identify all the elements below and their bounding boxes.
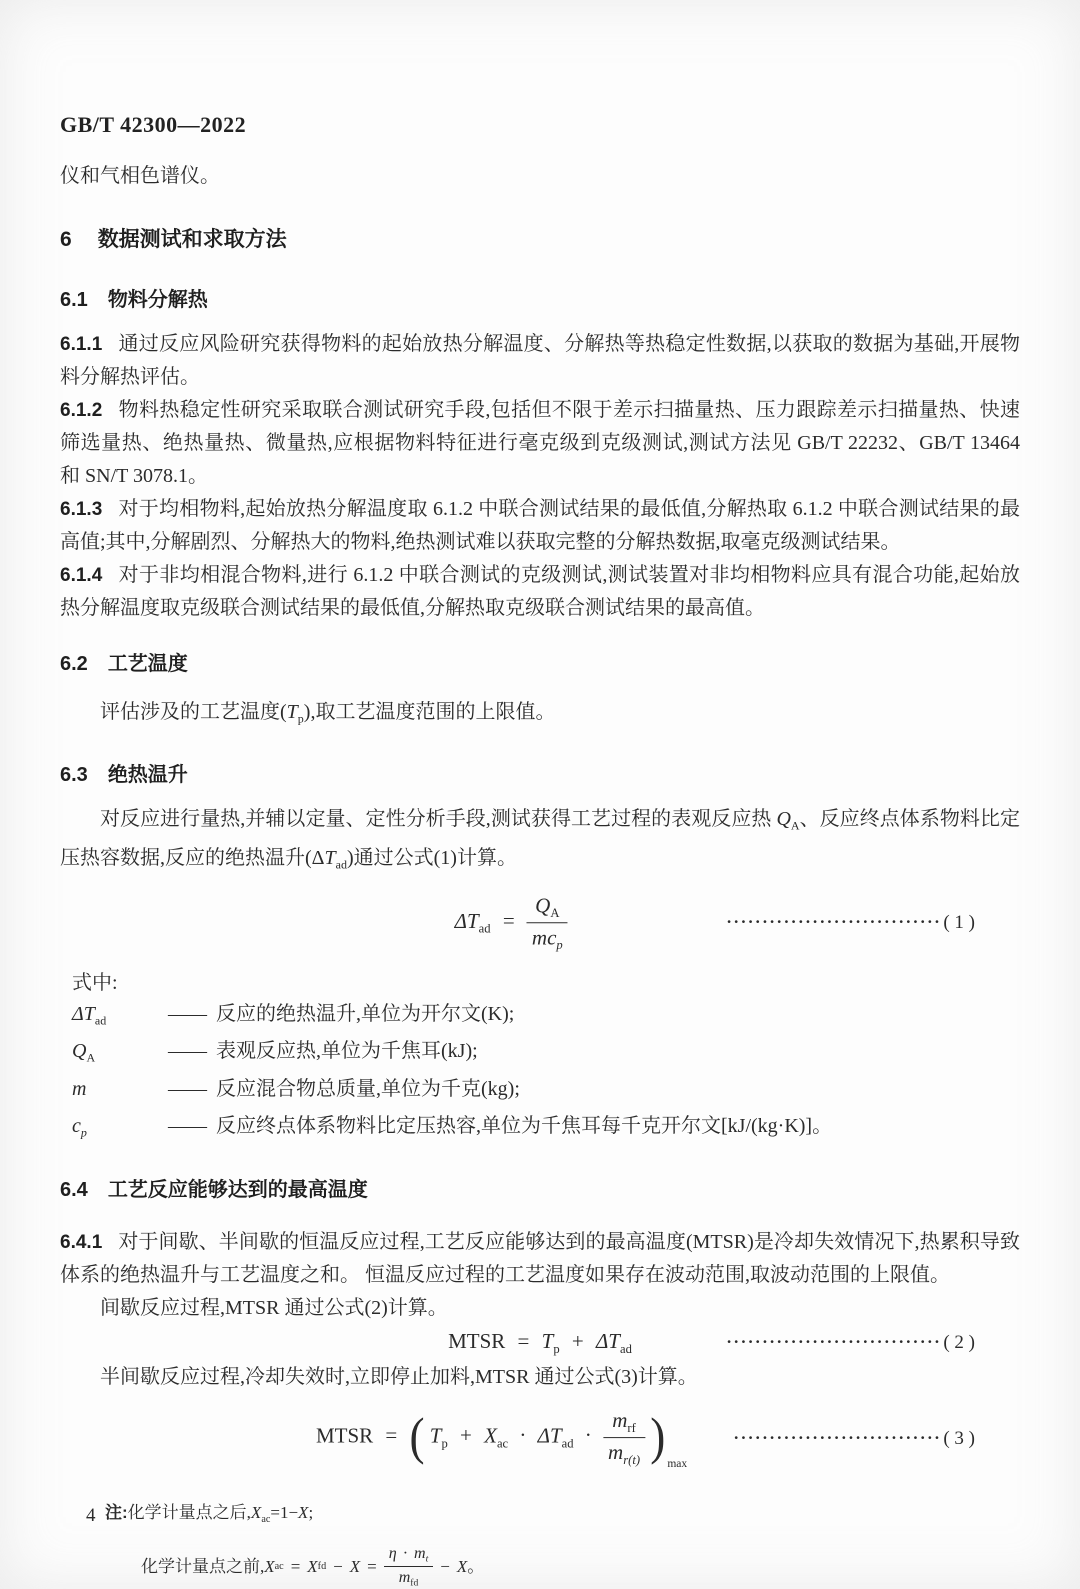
section-title: 物料分解热 [108,289,208,311]
section-6-4-heading: 6.4工艺反应能够达到的最高温度 [60,1173,1020,1202]
clause-6-1-3: 6.1.3对于均相物料,起始放热分解温度取 6.1.2 中联合测试结果的最低值,… [60,493,1020,559]
clause-6-1-4: 6.1.4对于非均相混合物料,进行 6.1.2 中联合测试的克级测试,测试装置对… [60,559,1020,625]
math-symbol: ΔT [596,1329,620,1353]
math-symbol: m [608,1440,623,1464]
math-symbol: X [251,1503,261,1522]
math-subscript: ad [562,1436,574,1450]
text-segment: 化学计量点之后, [128,1503,251,1522]
section-title: 工艺反应能够达到的最高温度 [108,1179,368,1201]
math-subscript: r(t) [623,1453,640,1467]
section-title: 工艺温度 [108,653,188,675]
definition-row: ΔTad——反应的绝热温升,单位为开尔文(K); [72,999,1020,1037]
close-paren: ) [650,1410,665,1462]
math-subscript: ad [479,921,491,935]
open-paren: ( [410,1410,425,1462]
math-subscript: ad [620,1342,632,1356]
section-6-1-heading: 6.1物料分解热 [60,283,1020,312]
definition-text: 反应终点体系物料比定压热容,单位为千焦耳每千克开尔文[kJ/(kg·K)]。 [216,1111,1020,1149]
equation-number: ( 2 ) [943,1332,975,1353]
fraction-denominator: mr(t) [603,1437,645,1467]
math-subscript: rf [627,1421,635,1435]
clause-number: 6.1.3 [60,499,102,520]
math-subscript: ac [275,1554,284,1580]
definition-text: 反应的绝热温升,单位为开尔文(K); [216,999,1020,1037]
equals-sign: = [367,1554,377,1580]
definition-dash: —— [168,1036,206,1074]
formula-2: MTSR = Tp + ΔTad ·······················… [60,1325,1020,1361]
math-symbol: Q [535,893,550,917]
section-number: 6 [60,228,72,251]
dot-leader: ······························ [726,1332,941,1351]
multiply-dot: · [585,1423,592,1447]
definition-dash: —— [168,1074,206,1112]
dot-leader: ····························· [733,1428,941,1447]
equals-sign: = [291,1554,301,1580]
text-segment: 化学计量点之前, [141,1554,264,1580]
definition-symbol: m [72,1074,168,1112]
section-number: 6.1 [60,289,88,311]
fraction: η·mt mfd [384,1545,434,1589]
text-segment: )通过公式(1)计算。 [347,847,517,869]
clause-text: 物料热稳定性研究采取联合测试研究手段,包括但不限于差示扫描量热、压力跟踪差示扫描… [60,399,1020,487]
section-6-heading: 6数据测试和求取方法 [60,223,1020,253]
math-symbol: mc [532,925,557,949]
page-number: 4 [86,1505,96,1527]
definition-row: m——反应混合物总质量,单位为千克(kg); [72,1074,1020,1112]
note-line-1: 注:化学计量点之后,Xac=1−X; [105,1498,1020,1535]
formula-3-leader: ·····························( 3 ) [733,1428,975,1450]
math-symbol: T [542,1329,554,1353]
section-number: 6.2 [60,653,88,675]
formula-3-body: MTSR = ( Tp + Xac · ΔTad · mrf mr(t) )ma… [316,1408,687,1470]
formula-3: MTSR = ( Tp + Xac · ΔTad · mrf mr(t) )ma… [60,1396,1020,1482]
math-symbol: ΔT [538,1423,562,1447]
clause-6-1-2: 6.1.2物料热稳定性研究采取联合测试研究手段,包括但不限于差示扫描量热、压力跟… [60,394,1020,493]
formula-2-body: MTSR = Tp + ΔTad [448,1329,632,1357]
note-block: 注:化学计量点之后,Xac=1−X; 化学计量点之前,Xac = Xfd − X… [105,1498,1020,1589]
math-subscript: fd [318,1554,327,1580]
math-subscript: p [81,1126,87,1140]
math-subscript: ad [336,858,347,872]
formula-1-body: ΔTad = QA mcp [455,893,568,953]
text-segment: ),取工艺温度范围的上限值。 [304,701,556,723]
equals-sign: = [385,1423,397,1447]
clause-number: 6.1.1 [60,334,102,355]
clause-6-2-text: 评估涉及的工艺温度(Tp),取工艺温度范围的上限值。 [60,696,1020,736]
math-symbol: T [287,701,298,723]
clause-6-1-1: 6.1.1通过反应风险研究获得物料的起始放热分解温度、分解热等热稳定性数据,以获… [60,328,1020,394]
plus-sign: + [572,1329,584,1353]
batch-process-line: 间歇反应过程,MTSR 通过公式(2)计算。 [60,1292,1020,1325]
dot-leader: ······························ [726,912,941,931]
math-subscript: p [556,938,562,952]
formula-1: ΔTad = QA mcp ··························… [60,886,1020,960]
clause-number: 6.4.1 [60,1232,102,1253]
definition-dash: —— [168,999,206,1037]
definition-text: 反应混合物总质量,单位为千克(kg); [216,1074,1020,1112]
math-symbol: X [307,1554,317,1580]
section-title: 绝热温升 [108,764,188,786]
equals-sign: = [503,908,515,932]
math-symbol: m [612,1408,627,1432]
clause-number: 6.1.4 [60,565,102,586]
multiply-dot: · [519,1423,526,1447]
math-symbol: Q [776,808,790,830]
fraction-numerator: QA [527,893,568,922]
text-segment: 。 [467,1554,484,1580]
definition-dash: —— [168,1111,206,1149]
math-symbol: T [325,847,336,869]
semibatch-process-line: 半间歇反应过程,冷却失效时,立即停止加料,MTSR 通过公式(3)计算。 [60,1361,1020,1394]
section-number: 6.4 [60,1179,88,1201]
math-symbol: η [389,1545,397,1562]
math-subscript: ad [95,1013,106,1027]
intro-line: 仪和气相色谱仪。 [60,160,1020,193]
definition-symbol: QA [72,1036,168,1074]
clause-text: 对于间歇、半间歇的恒温反应过程,工艺反应能够达到的最高温度(MTSR)是冷却失效… [60,1231,1020,1286]
max-subscript: max [667,1458,687,1470]
math-subscript: A [86,1051,95,1065]
document-page: GB/T 42300—2022 仪和气相色谱仪。 6数据测试和求取方法 6.1物… [0,0,1080,1589]
section-6-3-heading: 6.3绝热温升 [60,758,1020,787]
text-segment: 对反应进行量热,并辅以定量、定性分析手段,测试获得工艺过程的表观反应热 [100,808,776,830]
math-subscript: A [791,818,800,832]
note-line-2: 化学计量点之前,Xac = Xfd − X = η·mt mfd − X。 [141,1545,1020,1589]
math-symbol: X [264,1554,274,1580]
equation-number: ( 1 ) [943,912,975,933]
definition-symbol: cp [72,1111,168,1149]
section-6-2-heading: 6.2工艺温度 [60,647,1020,676]
math-subscript: p [441,1436,447,1450]
math-symbol: m [414,1545,426,1562]
clause-text: 对于均相物料,起始放热分解温度取 6.1.2 中联合测试结果的最低值,分解热取 … [60,498,1020,553]
section-title: 数据测试和求取方法 [98,228,287,251]
math-symbol: X [298,1503,308,1522]
definition-text: 表观反应热,单位为千焦耳(kJ); [216,1036,1020,1074]
math-symbol: X [484,1423,497,1447]
formula-1-leader: ······························( 1 ) [726,912,975,934]
fraction-denominator: mcp [527,922,568,952]
minus-sign: − [333,1554,343,1580]
definition-row: QA——表观反应热,单位为千焦耳(kJ); [72,1036,1020,1074]
equals-sign: = [518,1329,530,1353]
where-list: 式中: ΔTad——反应的绝热温升,单位为开尔文(K); QA——表观反应热,单… [72,968,1020,1149]
clause-number: 6.1.2 [60,400,102,421]
math-term: MTSR [316,1423,373,1447]
section-number: 6.3 [60,764,88,786]
math-subscript: ac [497,1436,508,1450]
fraction-denominator: mfd [384,1566,434,1589]
fraction-numerator: η·mt [384,1545,434,1567]
fraction-numerator: mrf [603,1408,645,1437]
math-symbol: T [430,1423,442,1447]
math-symbol: ΔT [455,908,479,932]
minus-sign: − [440,1554,450,1580]
text-segment: ; [308,1503,313,1522]
clause-text: 通过反应风险研究获得物料的起始放热分解温度、分解热等热稳定性数据,以获取的数据为… [60,333,1020,388]
math-symbol: Q [72,1040,86,1062]
fraction: QA mcp [527,893,568,953]
page-content: GB/T 42300—2022 仪和气相色谱仪。 6数据测试和求取方法 6.1物… [0,0,1080,1589]
multiply-dot: · [403,1545,408,1562]
math-subscript: p [553,1342,559,1356]
fraction: mrf mr(t) [603,1408,645,1468]
definition-row: cp——反应终点体系物料比定压热容,单位为千焦耳每千克开尔文[kJ/(kg·K)… [72,1111,1020,1149]
math-term: MTSR [448,1329,505,1353]
formula-2-leader: ······························( 2 ) [726,1332,975,1354]
math-subscript: t [426,1553,429,1564]
math-symbol: X [350,1554,360,1580]
where-label: 式中: [72,968,1020,999]
definition-symbol: ΔTad [72,999,168,1037]
math-symbol: c [72,1115,81,1137]
math-subscript: ac [261,1514,270,1525]
plus-sign: + [460,1423,472,1447]
note-label: 注: [105,1503,128,1522]
math-symbol: m [399,1569,411,1586]
equation-number: ( 3 ) [943,1428,975,1449]
math-symbol: X [457,1554,467,1580]
clause-6-3-text: 对反应进行量热,并辅以定量、定性分析手段,测试获得工艺过程的表观反应热 QA、反… [60,803,1020,882]
math-subscript: fd [410,1578,418,1589]
math-subscript: A [550,906,559,920]
text-segment: 评估涉及的工艺温度( [100,701,287,723]
doc-code: GB/T 42300—2022 [60,112,1020,138]
clause-text: 对于非均相混合物料,进行 6.1.2 中联合测试的克级测试,测试装置对非均相物料… [60,564,1020,619]
math-symbol: m [72,1078,86,1100]
math-operator: =1− [270,1503,298,1522]
math-symbol: ΔT [72,1003,95,1025]
clause-6-4-1: 6.4.1对于间歇、半间歇的恒温反应过程,工艺反应能够达到的最高温度(MTSR)… [60,1226,1020,1292]
